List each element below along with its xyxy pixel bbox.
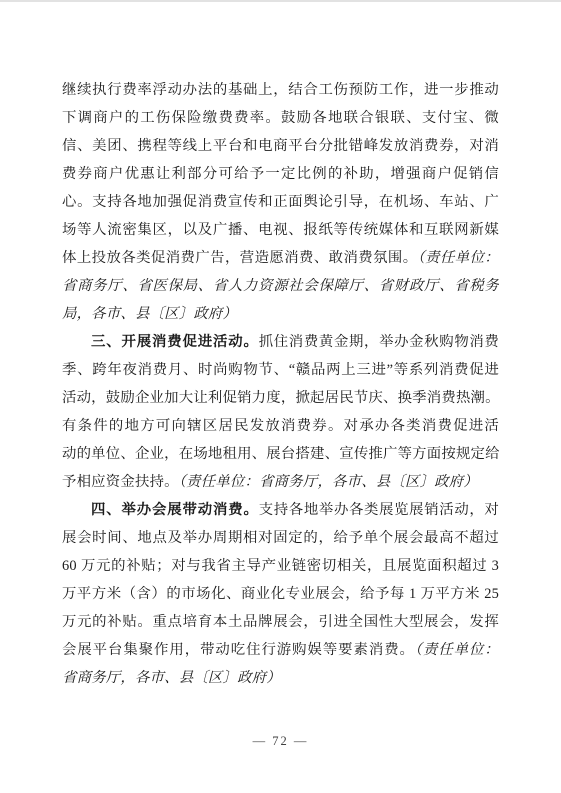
text-line-17: 展会时间、地点及举办周期相对固定的，给予单个展会最高不超过 [62,524,499,552]
text-line-7: 体上投放各类促消费广告，营造愿消费、敢消费氛围。（责任单位： [62,244,499,272]
text-segment-kai: 省商务厅、省医保局、省人力资源社会保障厅、省财政厅、省税务 [62,278,499,294]
text-line-4: 费券商户优惠让利部分可给予一定比例的补助，增强商户促销信 [62,160,499,188]
text-line-11: 季、跨年夜消费月、时尚购物节、“赣品两上三进”等系列消费促进 [62,356,499,384]
text-line-20: 万元的补贴。重点培育本土品牌展会，引进全国性大型展会，发挥 [62,608,499,636]
text-line-18: 60 万元的补贴；对与我省主导产业链密切相关，且展览面积超过 3 [62,552,499,580]
text-segment-normal: 心。支持各地加强促消费宣传和正面舆论引导，在机场、车站、广 [62,194,499,210]
text-segment-normal: 场等人流密集区，以及广播、电视、报纸等传统媒体和互联网新媒 [62,222,499,238]
text-line-5: 心。支持各地加强促消费宣传和正面舆论引导，在机场、车站、广 [62,188,499,216]
text-segment-normal: 活动，鼓励企业加大让利促销力度，掀起居民节庆、换季消费热潮。 [62,390,499,406]
text-segment-bold: 四、举办会展带动消费。 [91,502,259,518]
text-segment-kai: 局，各市、县〔区〕政府） [62,306,237,322]
text-line-22: 省商务厅，各市、县〔区〕政府） [62,664,499,692]
text-line-15: 予相应资金扶持。（责任单位：省商务厅，各市、县〔区〕政府） [62,468,499,496]
text-segment-normal: 有条件的地方可向辖区居民发放消费券。对承办各类消费促进活 [62,418,499,434]
text-line-8: 省商务厅、省医保局、省人力资源社会保障厅、省财政厅、省税务 [62,272,499,300]
text-segment-normal: 信、美团、携程等线上平台和电商平台分批错峰发放消费券，对消 [62,138,499,154]
text-segment-normal: 60 万元的补贴；对与我省主导产业链密切相关，且展览面积超过 3 [62,558,499,574]
text-segment-normal: 万元的补贴。重点培育本土品牌展会，引进全国性大型展会，发挥 [62,614,499,630]
text-line-10: 三、开展消费促进活动。抓住消费黄金期，举办金秋购物消费 [62,328,499,356]
text-segment-normal: 万平方米（含）的市场化、商业化专业展会，给予每 1 万平方米 25 [62,586,499,602]
text-segment-bold: 三、开展消费促进活动。 [91,334,259,350]
text-line-3: 信、美团、携程等线上平台和电商平台分批错峰发放消费券，对消 [62,132,499,160]
text-segment-kai: 省商务厅，各市、县〔区〕政府） [62,670,281,686]
text-segment-normal: 动的单位、企业，在场地租用、展台搭建、宣传推广等方面按规定给 [62,446,499,462]
text-line-9: 局，各市、县〔区〕政府） [62,300,499,328]
text-line-16: 四、举办会展带动消费。支持各地举办各类展览展销活动，对 [62,496,499,524]
text-line-13: 有条件的地方可向辖区居民发放消费券。对承办各类消费促进活 [62,412,499,440]
text-line-21: 会展平台集聚作用，带动吃住行游购娱等要素消费。（责任单位： [62,636,499,664]
text-segment-normal: 抓住消费黄金期，举办金秋购物消费 [259,334,499,350]
text-segment-kai: （责任单位： [415,642,499,658]
text-line-6: 场等人流密集区，以及广播、电视、报纸等传统媒体和互联网新媒 [62,216,499,244]
text-line-19: 万平方米（含）的市场化、商业化专业展会，给予每 1 万平方米 25 [62,580,499,608]
text-segment-normal: 会展平台集聚作用，带动吃住行游购娱等要素消费。 [62,642,415,658]
document-body-text: 继续执行费率浮动办法的基础上，结合工伤预防工作，进一步推动下调商户的工伤保险缴费… [62,76,499,692]
text-line-1: 继续执行费率浮动办法的基础上，结合工伤预防工作，进一步推动 [62,76,499,104]
text-segment-normal: 展会时间、地点及举办周期相对固定的，给予单个展会最高不超过 [62,530,499,546]
text-segment-kai: （责任单位： [418,250,499,266]
text-line-12: 活动，鼓励企业加大让利促销力度，掀起居民节庆、换季消费热潮。 [62,384,499,412]
text-segment-normal: 费券商户优惠让利部分可给予一定比例的补助，增强商户促销信 [62,166,499,182]
text-segment-normal: 体上投放各类促消费广告，营造愿消费、敢消费氛围。 [62,250,418,266]
page-number: — 72 — [0,731,561,751]
text-line-2: 下调商户的工伤保险缴费费率。鼓励各地联合银联、支付宝、微 [62,104,499,132]
text-segment-normal: 继续执行费率浮动办法的基础上，结合工伤预防工作，进一步推动 [62,82,499,98]
text-segment-normal: 予相应资金扶持。 [62,474,179,490]
text-segment-normal: 季、跨年夜消费月、时尚购物节、“赣品两上三进”等系列消费促进 [62,362,499,378]
scan-edge-line [0,0,561,2]
text-segment-normal: 支持各地举办各类展览展销活动，对 [259,502,499,518]
text-line-14: 动的单位、企业，在场地租用、展台搭建、宣传推广等方面按规定给 [62,440,499,468]
text-segment-kai: （责任单位：省商务厅，各市、县〔区〕政府） [179,474,478,490]
text-segment-normal: 下调商户的工伤保险缴费费率。鼓励各地联合银联、支付宝、微 [62,110,499,126]
